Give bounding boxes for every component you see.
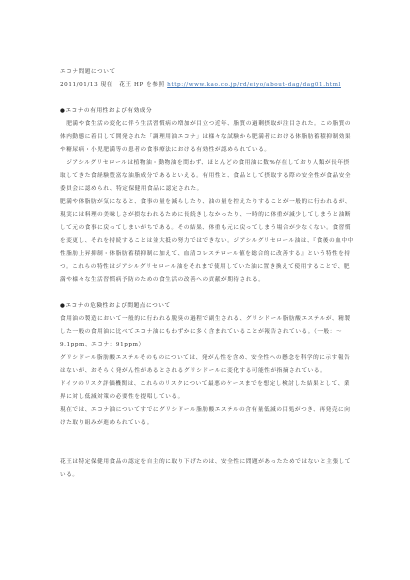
paragraph-line: や糖尿病・小児肥満等の患者の食事療法における有効性が認められている。 xyxy=(60,144,360,157)
paragraph-line: はないが、おそらく発がん性があるとされるグリシドールに変化する可能性が指摘されて… xyxy=(60,365,360,378)
paragraph-line: した一般の食用油に比べてエコナ油にもわずかに多く含まれていることが報告されている… xyxy=(60,326,360,339)
paragraph-line: を変更し、それを持続することは並大抵の努力ではできない。ジアシルグリセロール油は… xyxy=(60,235,360,248)
paragraph-line: して元の食事に戻ってしまいがちである。その結果、体重も元に戻ってしまう場合が少な… xyxy=(60,222,360,235)
paragraph-line: 現実には料理の美味しさが損なわれるために長続きしなかったり、一時的に体重が減少し… xyxy=(60,209,360,222)
paragraph-line: 委員会に認められ、特定保健用食品に認定された。 xyxy=(60,183,360,196)
paragraph-line: 満や様々な生活習慣病予防のための食生活の改善への貢献が期待される。 xyxy=(60,274,360,287)
paragraph-line: グリシドール脂肪酸エステルそのものについては、発がん性を含め、安全性への懸念を科… xyxy=(60,352,360,365)
spacer xyxy=(60,287,360,300)
paragraph-line: 界に対し低減対策の必要性を提唱している。 xyxy=(60,391,360,404)
paragraph-line: いる。 xyxy=(60,469,360,482)
spacer xyxy=(60,443,360,456)
paragraph-line: 現在では、エコナ油についてすでにグリシドール脂肪酸エステルの含有量低減の目処がつ… xyxy=(60,404,360,417)
date-line-prefix: 2011/01/13 現在 花王 HP を参照 xyxy=(60,82,167,88)
spacer xyxy=(60,430,360,443)
paragraph-line: 取してきた食経験豊富な油脂成分であるといえる。有用性と、食品として摂取する際の安… xyxy=(60,170,360,183)
source-link[interactable]: http://www.kao.co.jp/rd/eiyo/about-dag/d… xyxy=(167,82,341,88)
paragraph-line: 花王は特定保健用食品の認定を自主的に取り下げたのは、安全性に問題があったためでは… xyxy=(60,456,360,469)
date-line: 2011/01/13 現在 花王 HP を参照 http://www.kao.c… xyxy=(60,79,360,92)
paragraph-line: 性脂肪上昇抑制・体脂肪蓄積抑制に加えて、血清コレステロール値を総合的に改善する』… xyxy=(60,248,360,261)
paragraph-line: 体内動態に着目して開発された「調理用油エコナ」は様々な試験から肥満者における体脂… xyxy=(60,131,360,144)
paragraph-line: ジアシルグリセロールは植物油・動物油を問わず、ほとんどの食用油に数%存在しており… xyxy=(60,157,360,170)
section-heading-usefulness: ●エコナの有用性および有効成分 xyxy=(60,105,360,118)
paragraph-line: 食用油の製造において一般的に行われる脱臭の過程で副生される、グリシドール脂肪酸エ… xyxy=(60,313,360,326)
paragraph-line: 肥満や食生活の変化に伴う生活習慣病の増加が目立つ近年、脂質の過剰摂取が注目された… xyxy=(60,118,360,131)
spacer xyxy=(60,92,360,105)
paragraph-line: 肥満や体脂肪が気になると、食事の量を減らしたり、油の量を控えたりすることが一般的… xyxy=(60,196,360,209)
paragraph-line: ドイツのリスク評価機関は、これらのリスクについて最悪のケースまでを想定し検討した… xyxy=(60,378,360,391)
document-title: エコナ問題について xyxy=(60,66,360,79)
paragraph-line: つ。これらの特性はジアシルグリセロール油をそれまで使用していた油に置き換えて使用… xyxy=(60,261,360,274)
document-page: エコナ問題について 2011/01/13 現在 花王 HP を参照 http:/… xyxy=(60,66,360,482)
paragraph-line: 9.1ppm、エコナ：91ppm） xyxy=(60,339,360,352)
paragraph-line: けた取り組みが進められている。 xyxy=(60,417,360,430)
section-heading-risks: ●エコナの危険性および問題点について xyxy=(60,300,360,313)
